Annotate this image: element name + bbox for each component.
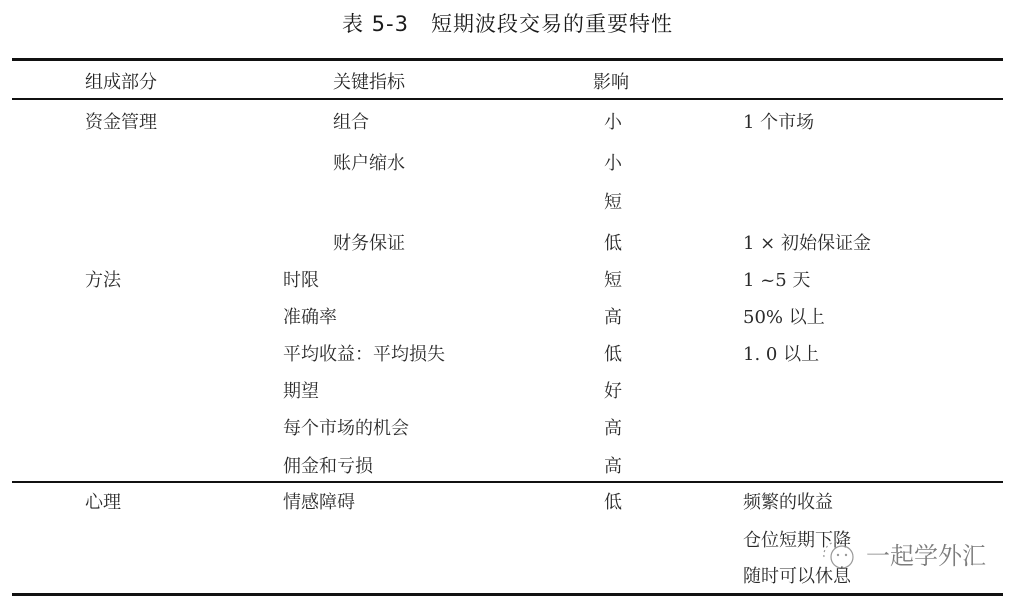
bottom-rule [12,593,1003,596]
cell-impact: 小 [604,112,622,134]
watermark-text: 一起学外汇 [866,536,986,571]
cell-indicator: 佣金和亏损 [283,456,373,478]
top-rule [12,58,1003,61]
cell-note: 1 个市场 [743,112,814,134]
cell-indicator: 情感障碍 [283,492,355,514]
header-indicator: 关键指标 [333,68,405,94]
cell-note: 1 ~5 天 [743,270,810,292]
header-component: 组成部分 [85,68,157,94]
cell-group: 资金管理 [85,112,157,134]
cell-indicator: 账户缩水 [333,153,405,175]
cell-note: 1. 0 以上 [743,344,819,366]
cell-group: 方法 [85,270,121,292]
cell-impact: 小 [604,153,622,175]
cell-impact: 高 [604,456,622,478]
cell-impact: 低 [604,492,622,514]
cell-indicator: 财务保证 [333,233,405,255]
cell-group: 心理 [85,492,121,514]
cell-indicator: 期望 [283,381,319,403]
cell-indicator: 准确率 [283,307,337,329]
cell-impact: 好 [604,381,622,403]
cell-impact: 短 [604,192,622,214]
cell-impact: 高 [604,307,622,329]
cell-indicator: 每个市场的机会 [283,418,409,440]
cell-note: 50% 以上 [743,307,825,329]
wechat-smiley-icon [818,537,862,571]
header-rule [12,98,1003,100]
cell-impact: 低 [604,344,622,366]
header-impact: 影响 [593,68,629,94]
table-number: 表 5-3 [342,12,409,36]
cell-indicator: 组合 [333,112,369,134]
section-rule [12,481,1003,483]
cell-indicator: 平均收益：平均损失 [283,344,445,366]
cell-indicator: 时限 [283,270,319,292]
table-caption: 短期波段交易的重要特性 [431,12,673,36]
cell-note: 频繁的收益 [743,492,833,514]
table-title: 表 5-3短期波段交易的重要特性 [0,8,1015,38]
cell-impact: 短 [604,270,622,292]
cell-note: 1 × 初始保证金 [743,233,871,255]
cell-impact: 高 [604,418,622,440]
cell-impact: 低 [604,233,622,255]
watermark: 一起学外汇 [818,536,986,571]
